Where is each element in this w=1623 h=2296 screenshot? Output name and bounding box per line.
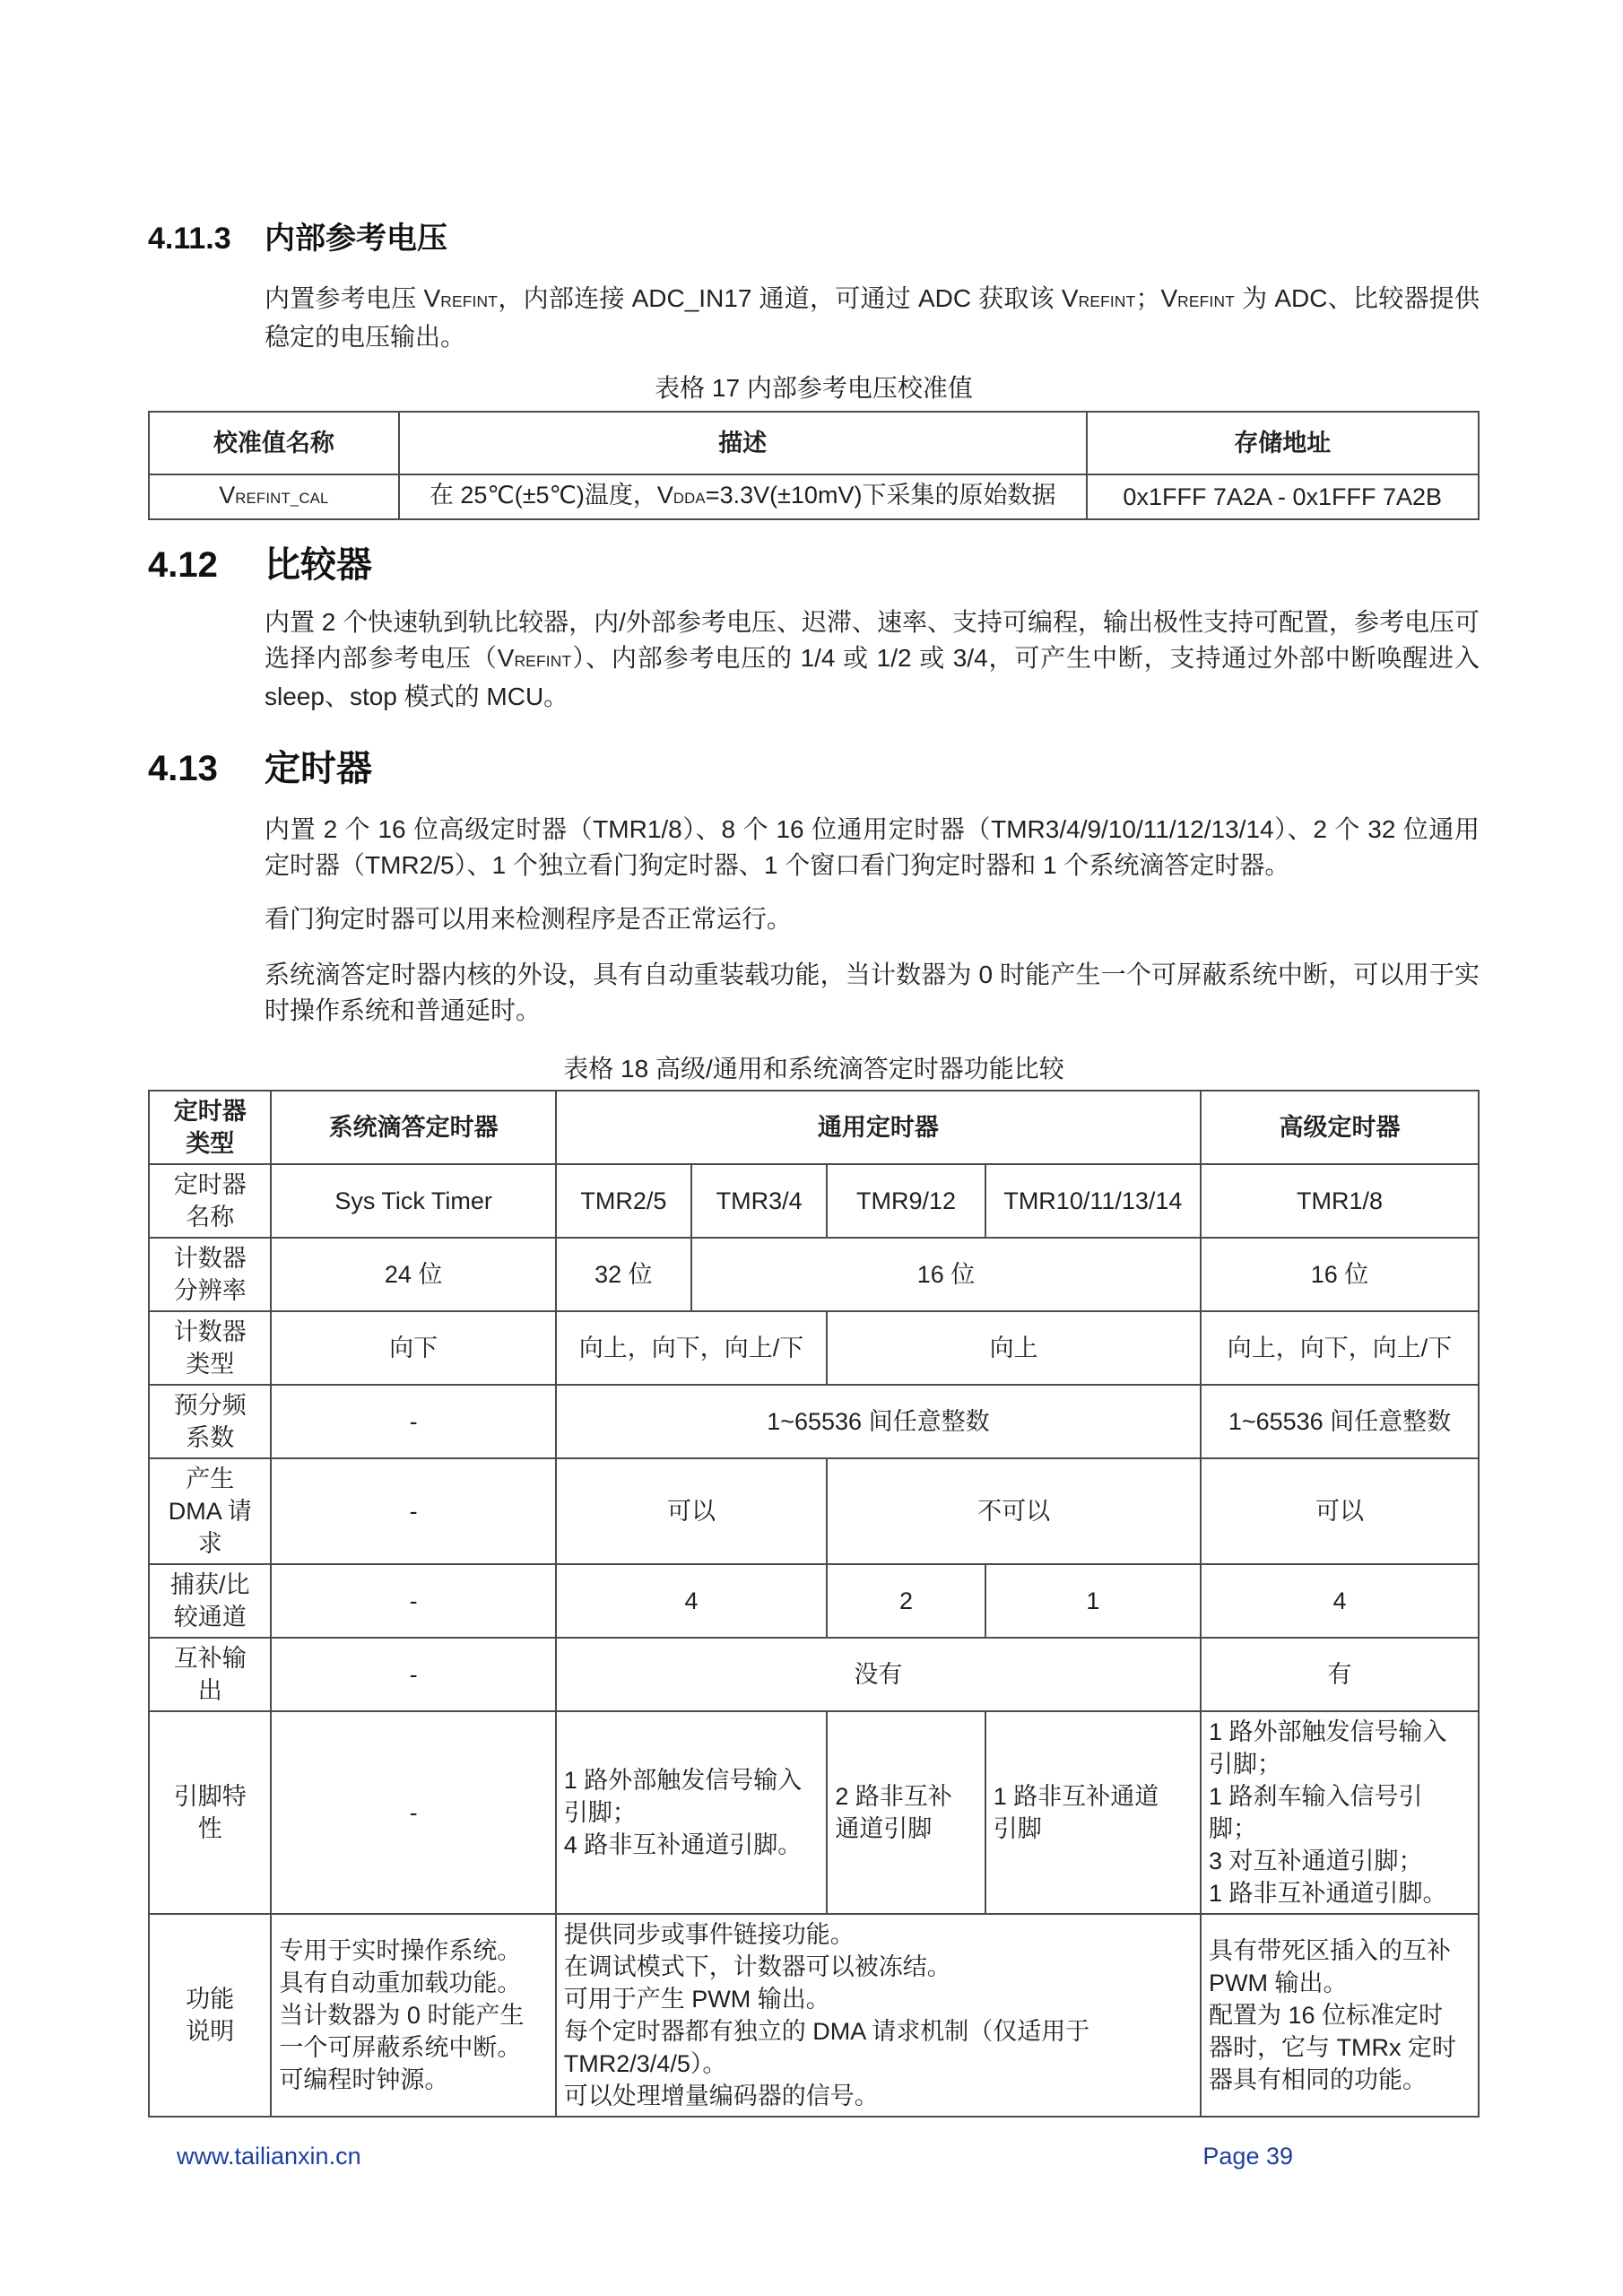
table-cell: 1~65536 间任意整数: [556, 1385, 1201, 1458]
table-cell: 1 路外部触发信号输入 引脚； 1 路刹车输入信号引 脚； 3 对互补通道引脚；…: [1201, 1711, 1479, 1914]
table-cell: 4: [1201, 1564, 1479, 1638]
table-cell: 24 位: [271, 1238, 555, 1311]
section-number: 4.12: [148, 542, 265, 588]
table-row: 引脚特 性-1 路外部触发信号输入 引脚； 4 路非互补通道引脚。2 路非互补 …: [149, 1711, 1479, 1914]
table-row: VREFINT_CAL在 25℃(±5℃)温度，VDDA=3.3V(±10mV)…: [149, 474, 1479, 519]
table-cell: -: [271, 1385, 555, 1458]
section-title: 定时器: [265, 745, 372, 792]
table-cell: 预分频 系数: [149, 1385, 271, 1458]
table-cell: 功能 说明: [149, 1914, 271, 2117]
table-row: 捕获/比 较通道-4214: [149, 1564, 1479, 1638]
table-cell: 在 25℃(±5℃)温度，VDDA=3.3V(±10mV)下采集的原始数据: [399, 474, 1087, 519]
page-content: 4.11.3 内部参考电压 内置参考电压 VREFINT，内部连接 ADC_IN…: [0, 218, 1623, 2170]
table-row: 计数器 分辨率24 位32 位16 位16 位: [149, 1238, 1479, 1311]
table-cell: 专用于实时操作系统。 具有自动重加载功能。 当计数器为 0 时能产生 一个可屏蔽…: [271, 1914, 555, 2117]
table-cell: 有: [1201, 1638, 1479, 1711]
table-cell: 定时器 类型: [149, 1091, 271, 1164]
table-cell: 2: [827, 1564, 985, 1638]
table-cell: -: [271, 1458, 555, 1564]
paragraph-watchdog: 看门狗定时器可以用来检测程序是否正常运行。: [265, 901, 1480, 937]
table-cell: 定时器 名称: [149, 1164, 271, 1238]
subscript-text: REFINT: [440, 292, 498, 310]
subscript-text: REFINT: [1177, 292, 1235, 310]
table-cell: VREFINT_CAL: [149, 474, 399, 519]
table-cell: Sys Tick Timer: [271, 1164, 555, 1238]
section-number: 4.13: [148, 745, 265, 792]
table18-caption: 表格 18 高级/通用和系统滴答定时器功能比较: [148, 1054, 1480, 1084]
table-cell: 向下: [271, 1311, 555, 1385]
page-footer: www.tailianxin.cn Page 39: [177, 2143, 1293, 2170]
table-timer-feature-comparison: 定时器 类型系统滴答定时器通用定时器高级定时器定时器 名称Sys Tick Ti…: [148, 1090, 1480, 2118]
table-cell: 不可以: [827, 1458, 1201, 1564]
section-heading-4-13: 4.13 定时器: [148, 745, 1480, 792]
footer-website-link[interactable]: www.tailianxin.cn: [177, 2143, 361, 2170]
table-cell: 向上，向下，向上/下: [556, 1311, 828, 1385]
paragraph-systick: 系统滴答定时器内核的外设，具有自动重装载功能，当计数器为 0 时能产生一个可屏蔽…: [265, 957, 1480, 1029]
table-cell: 互补输 出: [149, 1638, 271, 1711]
table-row: 产生 DMA 请 求-可以不可以可以: [149, 1458, 1479, 1564]
table-row: 互补输 出-没有有: [149, 1638, 1479, 1711]
table-cell: 16 位: [1201, 1238, 1479, 1311]
table-cell: 1 路外部触发信号输入 引脚； 4 路非互补通道引脚。: [556, 1711, 828, 1914]
table-row: 校准值名称描述存储地址: [149, 412, 1479, 474]
table-cell: 通用定时器: [556, 1091, 1201, 1164]
table17-caption: 表格 17 内部参考电压校准值: [148, 373, 1480, 404]
table-cell: 1: [985, 1564, 1201, 1638]
table-row: 预分频 系数-1~65536 间任意整数1~65536 间任意整数: [149, 1385, 1479, 1458]
table-cell: 捕获/比 较通道: [149, 1564, 271, 1638]
document-page: 4.11.3 内部参考电压 内置参考电压 VREFINT，内部连接 ADC_IN…: [0, 0, 1623, 2296]
table-cell: TMR1/8: [1201, 1164, 1479, 1238]
section-title: 比较器: [265, 542, 372, 588]
section-number: 4.11.3: [148, 218, 265, 259]
subscript-text: REFINT: [514, 652, 571, 670]
subscript-text: REFINT_CAL: [235, 490, 328, 507]
table-row: 计数器 类型向下向上，向下，向上/下向上向上，向下，向上/下: [149, 1311, 1479, 1385]
table-cell: TMR9/12: [827, 1164, 985, 1238]
table-internal-reference-calibration: 校准值名称描述存储地址VREFINT_CAL在 25℃(±5℃)温度，VDDA=…: [148, 411, 1480, 520]
table-cell: 32 位: [556, 1238, 691, 1311]
table-cell: TMR10/11/13/14: [985, 1164, 1201, 1238]
table-cell: 2 路非互补 通道引脚: [827, 1711, 985, 1914]
table-cell: 校准值名称: [149, 412, 399, 474]
table-cell: 16 位: [691, 1238, 1201, 1311]
table-cell: 系统滴答定时器: [271, 1091, 555, 1164]
table-cell: 提供同步或事件链接功能。 在调试模式下，计数器可以被冻结。 可用于产生 PWM …: [556, 1914, 1201, 2117]
table-cell: 没有: [556, 1638, 1201, 1711]
table-cell: 计数器 类型: [149, 1311, 271, 1385]
table-cell: 向上: [827, 1311, 1201, 1385]
table-cell: 高级定时器: [1201, 1091, 1479, 1164]
table-cell: 向上，向下，向上/下: [1201, 1311, 1479, 1385]
table-cell: 描述: [399, 412, 1087, 474]
table-cell: 1 路非互补通道 引脚: [985, 1711, 1201, 1914]
section-heading-4-12: 4.12 比较器: [148, 542, 1480, 588]
table-cell: TMR3/4: [691, 1164, 827, 1238]
table-cell: 计数器 分辨率: [149, 1238, 271, 1311]
table-cell: 具有带死区插入的互补 PWM 输出。 配置为 16 位标准定时 器时，它与 TM…: [1201, 1914, 1479, 2117]
table-row: 功能 说明专用于实时操作系统。 具有自动重加载功能。 当计数器为 0 时能产生 …: [149, 1914, 1479, 2117]
table-cell: TMR2/5: [556, 1164, 691, 1238]
paragraph-internal-reference: 内置参考电压 VREFINT，内部连接 ADC_IN17 通道，可通过 ADC …: [265, 281, 1480, 355]
table-cell: 存储地址: [1087, 412, 1480, 474]
paragraph-timers-overview: 内置 2 个 16 位高级定时器（TMR1/8）、8 个 16 位通用定时器（T…: [265, 812, 1480, 883]
paragraph-comparator: 内置 2 个快速轨到轨比较器，内/外部参考电压、迟滞、速率、支持可编程，输出极性…: [265, 604, 1480, 715]
table-row: 定时器 类型系统滴答定时器通用定时器高级定时器: [149, 1091, 1479, 1164]
table-cell: 可以: [556, 1458, 828, 1564]
table-cell: 产生 DMA 请 求: [149, 1458, 271, 1564]
subscript-text: DDA: [673, 490, 706, 507]
table-cell: 1~65536 间任意整数: [1201, 1385, 1479, 1458]
footer-page-number: Page 39: [1202, 2143, 1293, 2170]
table-cell: 4: [556, 1564, 828, 1638]
section-heading-4-11-3: 4.11.3 内部参考电压: [148, 218, 1480, 259]
table-cell: -: [271, 1711, 555, 1914]
table-cell: -: [271, 1638, 555, 1711]
table-cell: 引脚特 性: [149, 1711, 271, 1914]
table-cell: 可以: [1201, 1458, 1479, 1564]
subscript-text: REFINT: [1079, 292, 1136, 310]
section-title: 内部参考电压: [265, 218, 447, 259]
table-row: 定时器 名称Sys Tick TimerTMR2/5TMR3/4TMR9/12T…: [149, 1164, 1479, 1238]
table-cell: -: [271, 1564, 555, 1638]
table-cell: 0x1FFF 7A2A - 0x1FFF 7A2B: [1087, 474, 1480, 519]
